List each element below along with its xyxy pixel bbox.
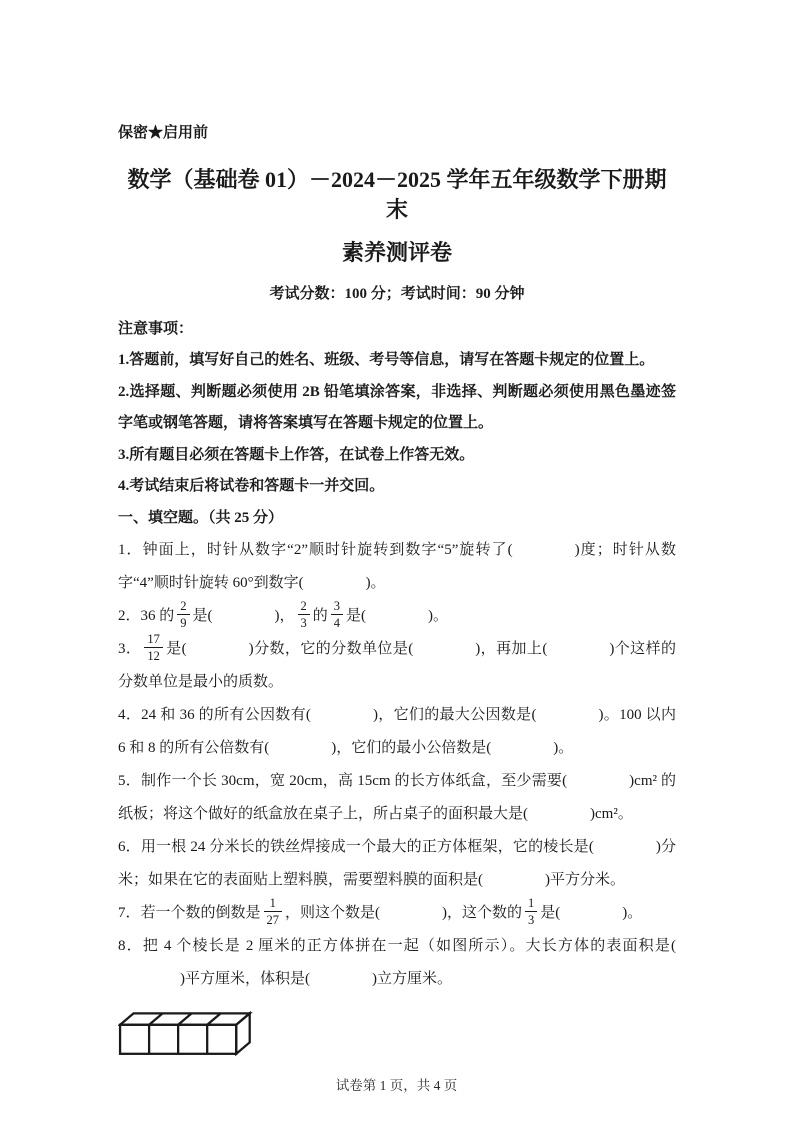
- answer-blank: [560, 916, 622, 917]
- question-4: 4．24 和 36 的所有公因数有()，它们的最大公因数是()。100 以内 6…: [118, 699, 676, 765]
- question-7: 7．若一个数的倒数是127，则这个数是()，这个数的13是()。: [118, 897, 676, 930]
- answer-blank: [304, 586, 366, 587]
- answer-blank: [380, 916, 442, 917]
- question-3: 3．1712是()分数，它的分数单位是()，再加上()个这样的分数单位是最小的质…: [118, 633, 676, 699]
- answer-blank: [483, 883, 545, 884]
- question-6: 6．用一根 24 分米长的铁丝焊接成一个最大的正方体框架，它的棱长是()分米；如…: [118, 831, 676, 897]
- answer-blank: [366, 619, 428, 620]
- answer-blank: [213, 619, 275, 620]
- fraction: 34: [331, 599, 343, 631]
- question-2: 2．36 的29是()，23的34是()。: [118, 600, 676, 633]
- exam-title-line1: 数学（基础卷 01）－2024－2025 学年五年级数学下册期末: [118, 165, 676, 225]
- page-content: 保密★启用前 数学（基础卷 01）－2024－2025 学年五年级数学下册期末 …: [118, 123, 676, 1061]
- answer-blank: [513, 553, 575, 554]
- fraction: 23: [298, 599, 310, 631]
- notes-header: 注意事项：: [118, 314, 676, 345]
- answer-blank: [491, 751, 553, 752]
- page-footer-text: 试卷第 1 页，共 4 页: [336, 1078, 458, 1093]
- question-5: 5．制作一个长 30cm，宽 20cm，高 15cm 的长方体纸盒，至少需要()…: [118, 765, 676, 831]
- fraction: 127: [264, 896, 283, 928]
- answer-blank: [269, 751, 331, 752]
- section-one-header: 一、填空题。（共 25 分）: [118, 503, 676, 535]
- fraction: 1712: [144, 632, 163, 664]
- answer-blank: [547, 652, 609, 653]
- note-item-3: 3.所有题目必须在答题卡上作答，在试卷上作答无效。: [118, 440, 676, 472]
- answer-blank: [118, 982, 180, 983]
- secrecy-label: 保密★启用前: [118, 123, 676, 143]
- answer-blank: [567, 784, 629, 785]
- note-item-2: 2.选择题、判断题必须使用 2B 铅笔填涂答案，非选择、判断题必须使用黑色墨迹签…: [118, 377, 676, 440]
- note-item-1: 1.答题前，填写好自己的姓名、班级、考号等信息，请写在答题卡规定的位置上。: [118, 345, 676, 377]
- answer-blank: [310, 982, 372, 983]
- answer-blank: [311, 718, 373, 719]
- cubes-side-face: [236, 1013, 249, 1053]
- answer-blank: [187, 652, 249, 653]
- answer-blank: [528, 817, 590, 818]
- answer-blank: [536, 718, 598, 719]
- exam-title-line2: 素养测评卷: [118, 238, 676, 268]
- question-1: 1．钟面上，时针从数字“2”顺时针旋转到数字“5”旋转了()度；时针从数字“4”…: [118, 534, 676, 600]
- answer-blank: [594, 850, 656, 851]
- question-8: 8．把 4 个棱长是 2 厘米的正方体拼在一起（如图所示）。大长方体的表面积是(…: [118, 930, 676, 996]
- fraction: 13: [525, 896, 537, 928]
- answer-blank: [413, 652, 475, 653]
- exam-score-time-info: 考试分数：100 分；考试时间：90 分钟: [118, 284, 676, 304]
- question-8-figure-wrap: [118, 1006, 676, 1061]
- page-footer: 试卷第 1 页，共 4 页: [0, 1074, 793, 1094]
- note-item-4: 4.考试结束后将试卷和答题卡一并交回。: [118, 471, 676, 503]
- fraction: 29: [177, 599, 189, 631]
- exam-paper-page: 保密★启用前 数学（基础卷 01）－2024－2025 学年五年级数学下册期末 …: [0, 0, 793, 1122]
- four-cubes-row-figure: [118, 1006, 258, 1056]
